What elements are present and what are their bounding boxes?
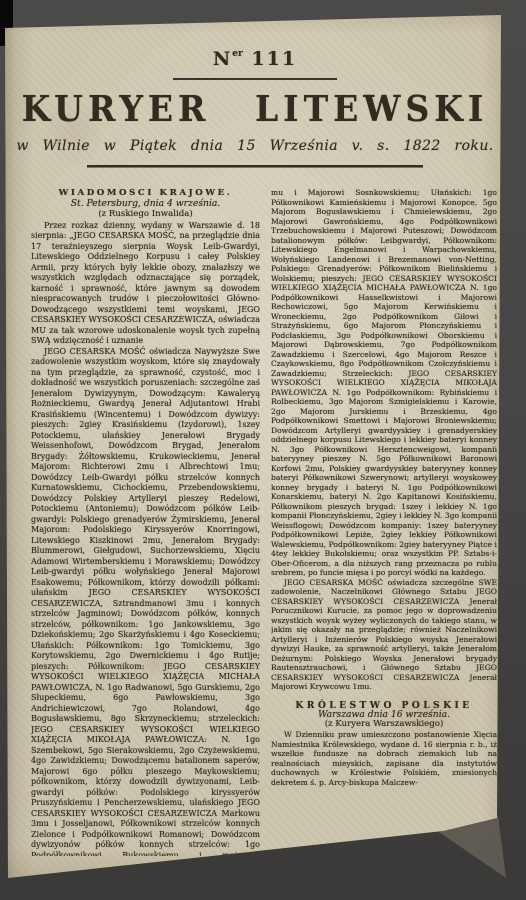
issue-superscript: er — [232, 49, 242, 59]
article-source-kuryer-warszawski: (z Kuryera Warszawskiego) — [271, 720, 497, 730]
issue-digits: 111 — [251, 48, 297, 70]
article-paragraph: Przez rozkaz dzienny, wydany w Warszawie… — [31, 221, 260, 347]
right-column: mu i Majorowi Sosnkowskiemu; Ułańskich: … — [271, 188, 497, 856]
body-columns: WIADOMOŚCI KRAJOWE. St. Petersburg, dnia… — [31, 188, 497, 856]
article-dateline-petersburg: St. Petersburg, dnia 4 września. — [31, 199, 260, 210]
section-kingdom-of-poland: KRÓLESTWO POLSKIE Warszawa dnia 16 wrześ… — [271, 701, 497, 788]
newspaper-page: Ner 111 KURYER LITEWSKI w Wilnie w Piąte… — [4, 12, 506, 892]
newspaper-title: KURYER LITEWSKI — [4, 87, 506, 129]
left-column: WIADOMOŚCI KRAJOWE. St. Petersburg, dnia… — [31, 188, 260, 856]
article-paragraph: W Dzienniku praw umieszczono postanowien… — [271, 730, 497, 787]
masthead: Ner 111 KURYER LITEWSKI w Wilnie w Piąte… — [4, 48, 506, 168]
masthead-rule-top — [173, 78, 337, 80]
article-paragraph: JEGO CESARSKA MOŚĆ oświadcza Naywyższe S… — [31, 347, 260, 857]
article-source-ruski-inwalid: (z Ruskiego Inwalida) — [31, 209, 260, 220]
masthead-rule-bottom — [87, 165, 423, 168]
article-paragraph-continuation: mu i Majorowi Sosnkowskiemu; Ułańskich: … — [271, 188, 497, 578]
issue-number: Ner 111 — [4, 48, 506, 70]
article-paragraph: JEGO CESARSKA MOŚĆ oświadcza szczególne … — [271, 578, 497, 692]
section-heading-domestic-news: WIADOMOŚCI KRAJOWE. — [31, 188, 260, 199]
edition-dateline: w Wilnie w Piątek dnia 15 Września v. s.… — [4, 138, 506, 154]
issue-prefix: N — [213, 48, 232, 70]
